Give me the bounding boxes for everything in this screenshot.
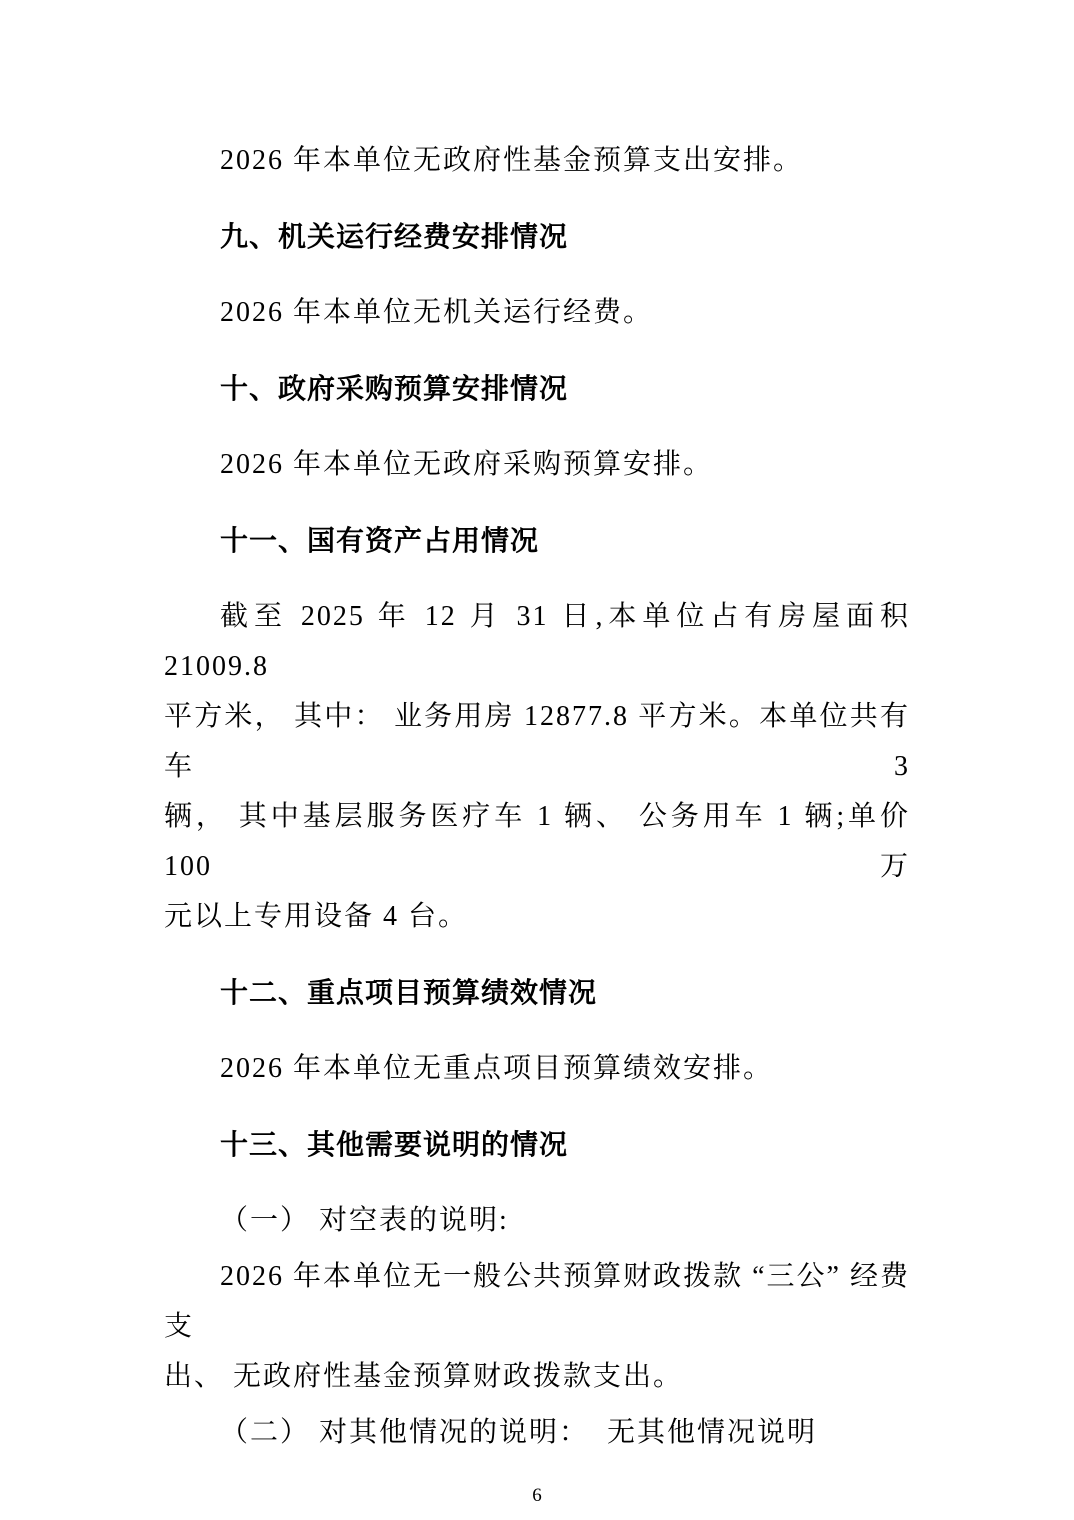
text-line: 十三、其他需要说明的情况: [164, 1120, 910, 1170]
note-line: （二） 对其他情况的说明： 无其他情况说明: [164, 1408, 910, 1458]
note-line: （一） 对空表的说明:: [164, 1196, 910, 1246]
page-number: 6: [0, 1484, 1074, 1508]
text-line: 十一、国有资产占用情况: [164, 516, 910, 566]
section-heading: 九、机关运行经费安排情况: [164, 212, 910, 262]
text-line: （二） 对其他情况的说明： 无其他情况说明: [164, 1408, 910, 1458]
text-line: 元以上专用设备 4 台。: [164, 892, 910, 942]
section-heading: 十三、其他需要说明的情况: [164, 1120, 910, 1170]
text-line: 2026 年本单位无政府采购预算安排。: [164, 440, 910, 490]
paragraph: 2026 年本单位无机关运行经费。: [164, 288, 910, 338]
text-line: 2026 年本单位无机关运行经费。: [164, 288, 910, 338]
section-heading: 十二、重点项目预算绩效情况: [164, 968, 910, 1018]
text-line: 辆， 其中基层服务医疗车 1 辆、 公务用车 1 辆;单价 100 万: [164, 792, 910, 892]
document-page: { "page": { "number": "6", "background_c…: [0, 0, 1074, 1520]
note-line: 2026 年本单位无一般公共预算财政拨款 “三公” 经费支出、 无政府性基金预算…: [164, 1252, 910, 1402]
text-line: 出、 无政府性基金预算财政拨款支出。: [164, 1352, 910, 1402]
section-heading: 十一、国有资产占用情况: [164, 516, 910, 566]
paragraph: 2026 年本单位无重点项目预算绩效安排。: [164, 1044, 910, 1094]
text-line: 截至 2025 年 12 月 31 日,本单位占有房屋面积 21009.8: [164, 592, 910, 692]
text-line: 十、政府采购预算安排情况: [164, 364, 910, 414]
document-body: 2026 年本单位无政府性基金预算支出安排。九、机关运行经费安排情况2026 年…: [164, 136, 910, 1464]
text-line: 2026 年本单位无政府性基金预算支出安排。: [164, 136, 910, 186]
text-line: 2026 年本单位无重点项目预算绩效安排。: [164, 1044, 910, 1094]
text-line: 2026 年本单位无一般公共预算财政拨款 “三公” 经费支: [164, 1252, 910, 1352]
text-line: （一） 对空表的说明:: [164, 1196, 910, 1246]
section-heading: 十、政府采购预算安排情况: [164, 364, 910, 414]
paragraph: 2026 年本单位无政府采购预算安排。: [164, 440, 910, 490]
text-line: 平方米， 其中： 业务用房 12877.8 平方米。本单位共有车 3: [164, 692, 910, 792]
paragraph: 截至 2025 年 12 月 31 日,本单位占有房屋面积 21009.8平方米…: [164, 592, 910, 942]
paragraph: 2026 年本单位无政府性基金预算支出安排。: [164, 136, 910, 186]
text-line: 九、机关运行经费安排情况: [164, 212, 910, 262]
text-line: 十二、重点项目预算绩效情况: [164, 968, 910, 1018]
